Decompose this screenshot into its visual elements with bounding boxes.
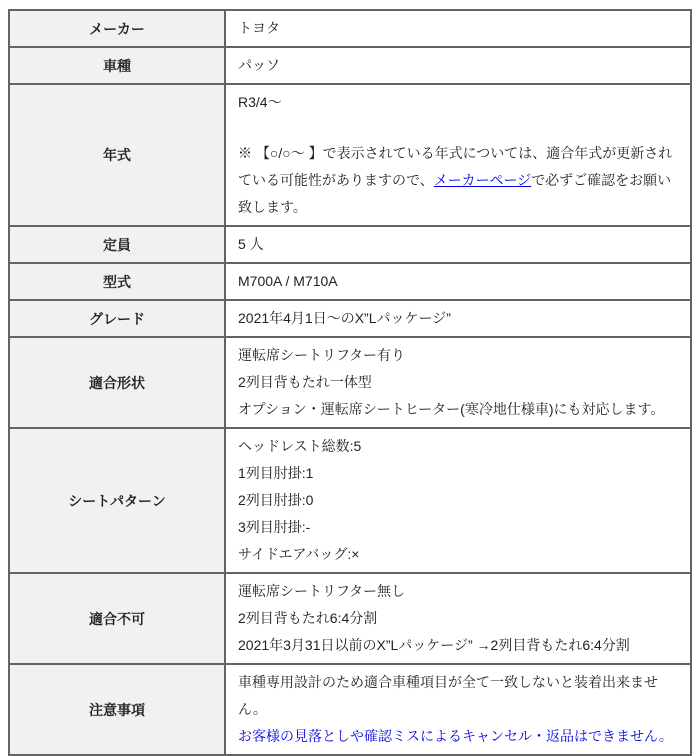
model-value-text: パッソ xyxy=(238,52,678,79)
seat-pattern-label: シートパターン xyxy=(9,428,225,573)
capacity-value: 5 人 xyxy=(225,226,691,263)
grade-value-text: 2021年4月1日～のX”Lパッケージ” xyxy=(238,305,678,332)
page: メーカー トヨタ 車種 パッソ 年式 R3/4～ ※ 【○/○～ 】で表示されて… xyxy=(0,0,700,676)
seat-pattern-line: 2列目肘掛:0 xyxy=(238,487,678,514)
compatibility-table: メーカー トヨタ 車種 パッソ 年式 R3/4～ ※ 【○/○～ 】で表示されて… xyxy=(8,9,692,756)
table-row-seat-pattern: シートパターン ヘッドレスト総数:5 1列目肘掛:1 2列目肘掛:0 3列目肘掛… xyxy=(9,428,691,573)
notes-line-blue: お客様の見落としや確認ミスによるキャンセル・返品はできません。 xyxy=(238,723,678,750)
not-compatible-line: 2021年3月31日以前のX”Lパッケージ” →2列目背もたれ6:4分割 xyxy=(238,632,678,659)
year-note: ※ 【○/○～ 】で表示されている年式については、適合年式が更新されている可能性… xyxy=(238,140,678,221)
grade-value: 2021年4月1日～のX”Lパッケージ” xyxy=(225,300,691,337)
fit-shape-label: 適合形状 xyxy=(9,337,225,428)
not-compatible-value: 運転席シートリフター無し 2列目背もたれ6:4分割 2021年3月31日以前のX… xyxy=(225,573,691,664)
not-compatible-line: 2列目背もたれ6:4分割 xyxy=(238,605,678,632)
model-value: パッソ xyxy=(225,47,691,84)
table-row-fit-shape: 適合形状 運転席シートリフター有り 2列目背もたれ一体型 オプション・運転席シー… xyxy=(9,337,691,428)
model-label: 車種 xyxy=(9,47,225,84)
seat-pattern-line: 3列目肘掛:- xyxy=(238,514,678,541)
maker-page-link[interactable]: メーカーページ xyxy=(434,172,531,188)
table-row-notes: 注意事項 車種専用設計のため適合車種項目が全て一致しないと装着出来ません。 お客… xyxy=(9,664,691,755)
seat-pattern-value: ヘッドレスト総数:5 1列目肘掛:1 2列目肘掛:0 3列目肘掛:- サイドエア… xyxy=(225,428,691,573)
table-row-year: 年式 R3/4～ ※ 【○/○～ 】で表示されている年式については、適合年式が更… xyxy=(9,84,691,226)
fit-shape-value: 運転席シートリフター有り 2列目背もたれ一体型 オプション・運転席シートヒーター… xyxy=(225,337,691,428)
table-row-maker: メーカー トヨタ xyxy=(9,10,691,47)
notes-value: 車種専用設計のため適合車種項目が全て一致しないと装着出来ません。 お客様の見落と… xyxy=(225,664,691,755)
year-label: 年式 xyxy=(9,84,225,226)
year-value-text: R3/4～ xyxy=(238,89,678,116)
fit-shape-line: オプション・運転席シートヒーター(寒冷地仕様車)にも対応します。 xyxy=(238,396,678,423)
maker-value-text: トヨタ xyxy=(238,15,678,42)
model-code-label: 型式 xyxy=(9,263,225,300)
capacity-value-text: 5 人 xyxy=(238,231,678,258)
model-code-value: M700A / M710A xyxy=(225,263,691,300)
year-value: R3/4～ ※ 【○/○～ 】で表示されている年式については、適合年式が更新され… xyxy=(225,84,691,226)
seat-pattern-line: ヘッドレスト総数:5 xyxy=(238,433,678,460)
seat-pattern-line: 1列目肘掛:1 xyxy=(238,460,678,487)
seat-pattern-line: サイドエアバッグ:× xyxy=(238,541,678,568)
fit-shape-line: 運転席シートリフター有り xyxy=(238,342,678,369)
table-row-model-code: 型式 M700A / M710A xyxy=(9,263,691,300)
not-compatible-line: 運転席シートリフター無し xyxy=(238,578,678,605)
year-spacer xyxy=(238,116,678,140)
table-row-capacity: 定員 5 人 xyxy=(9,226,691,263)
model-code-value-text: M700A / M710A xyxy=(238,268,678,295)
table-row-model: 車種 パッソ xyxy=(9,47,691,84)
capacity-label: 定員 xyxy=(9,226,225,263)
notes-label: 注意事項 xyxy=(9,664,225,755)
maker-value: トヨタ xyxy=(225,10,691,47)
table-row-not-compatible: 適合不可 運転席シートリフター無し 2列目背もたれ6:4分割 2021年3月31… xyxy=(9,573,691,664)
not-compatible-label: 適合不可 xyxy=(9,573,225,664)
fit-shape-line: 2列目背もたれ一体型 xyxy=(238,369,678,396)
grade-label: グレード xyxy=(9,300,225,337)
table-row-grade: グレード 2021年4月1日～のX”Lパッケージ” xyxy=(9,300,691,337)
notes-line-black: 車種専用設計のため適合車種項目が全て一致しないと装着出来ません。 xyxy=(238,669,678,723)
maker-label: メーカー xyxy=(9,10,225,47)
